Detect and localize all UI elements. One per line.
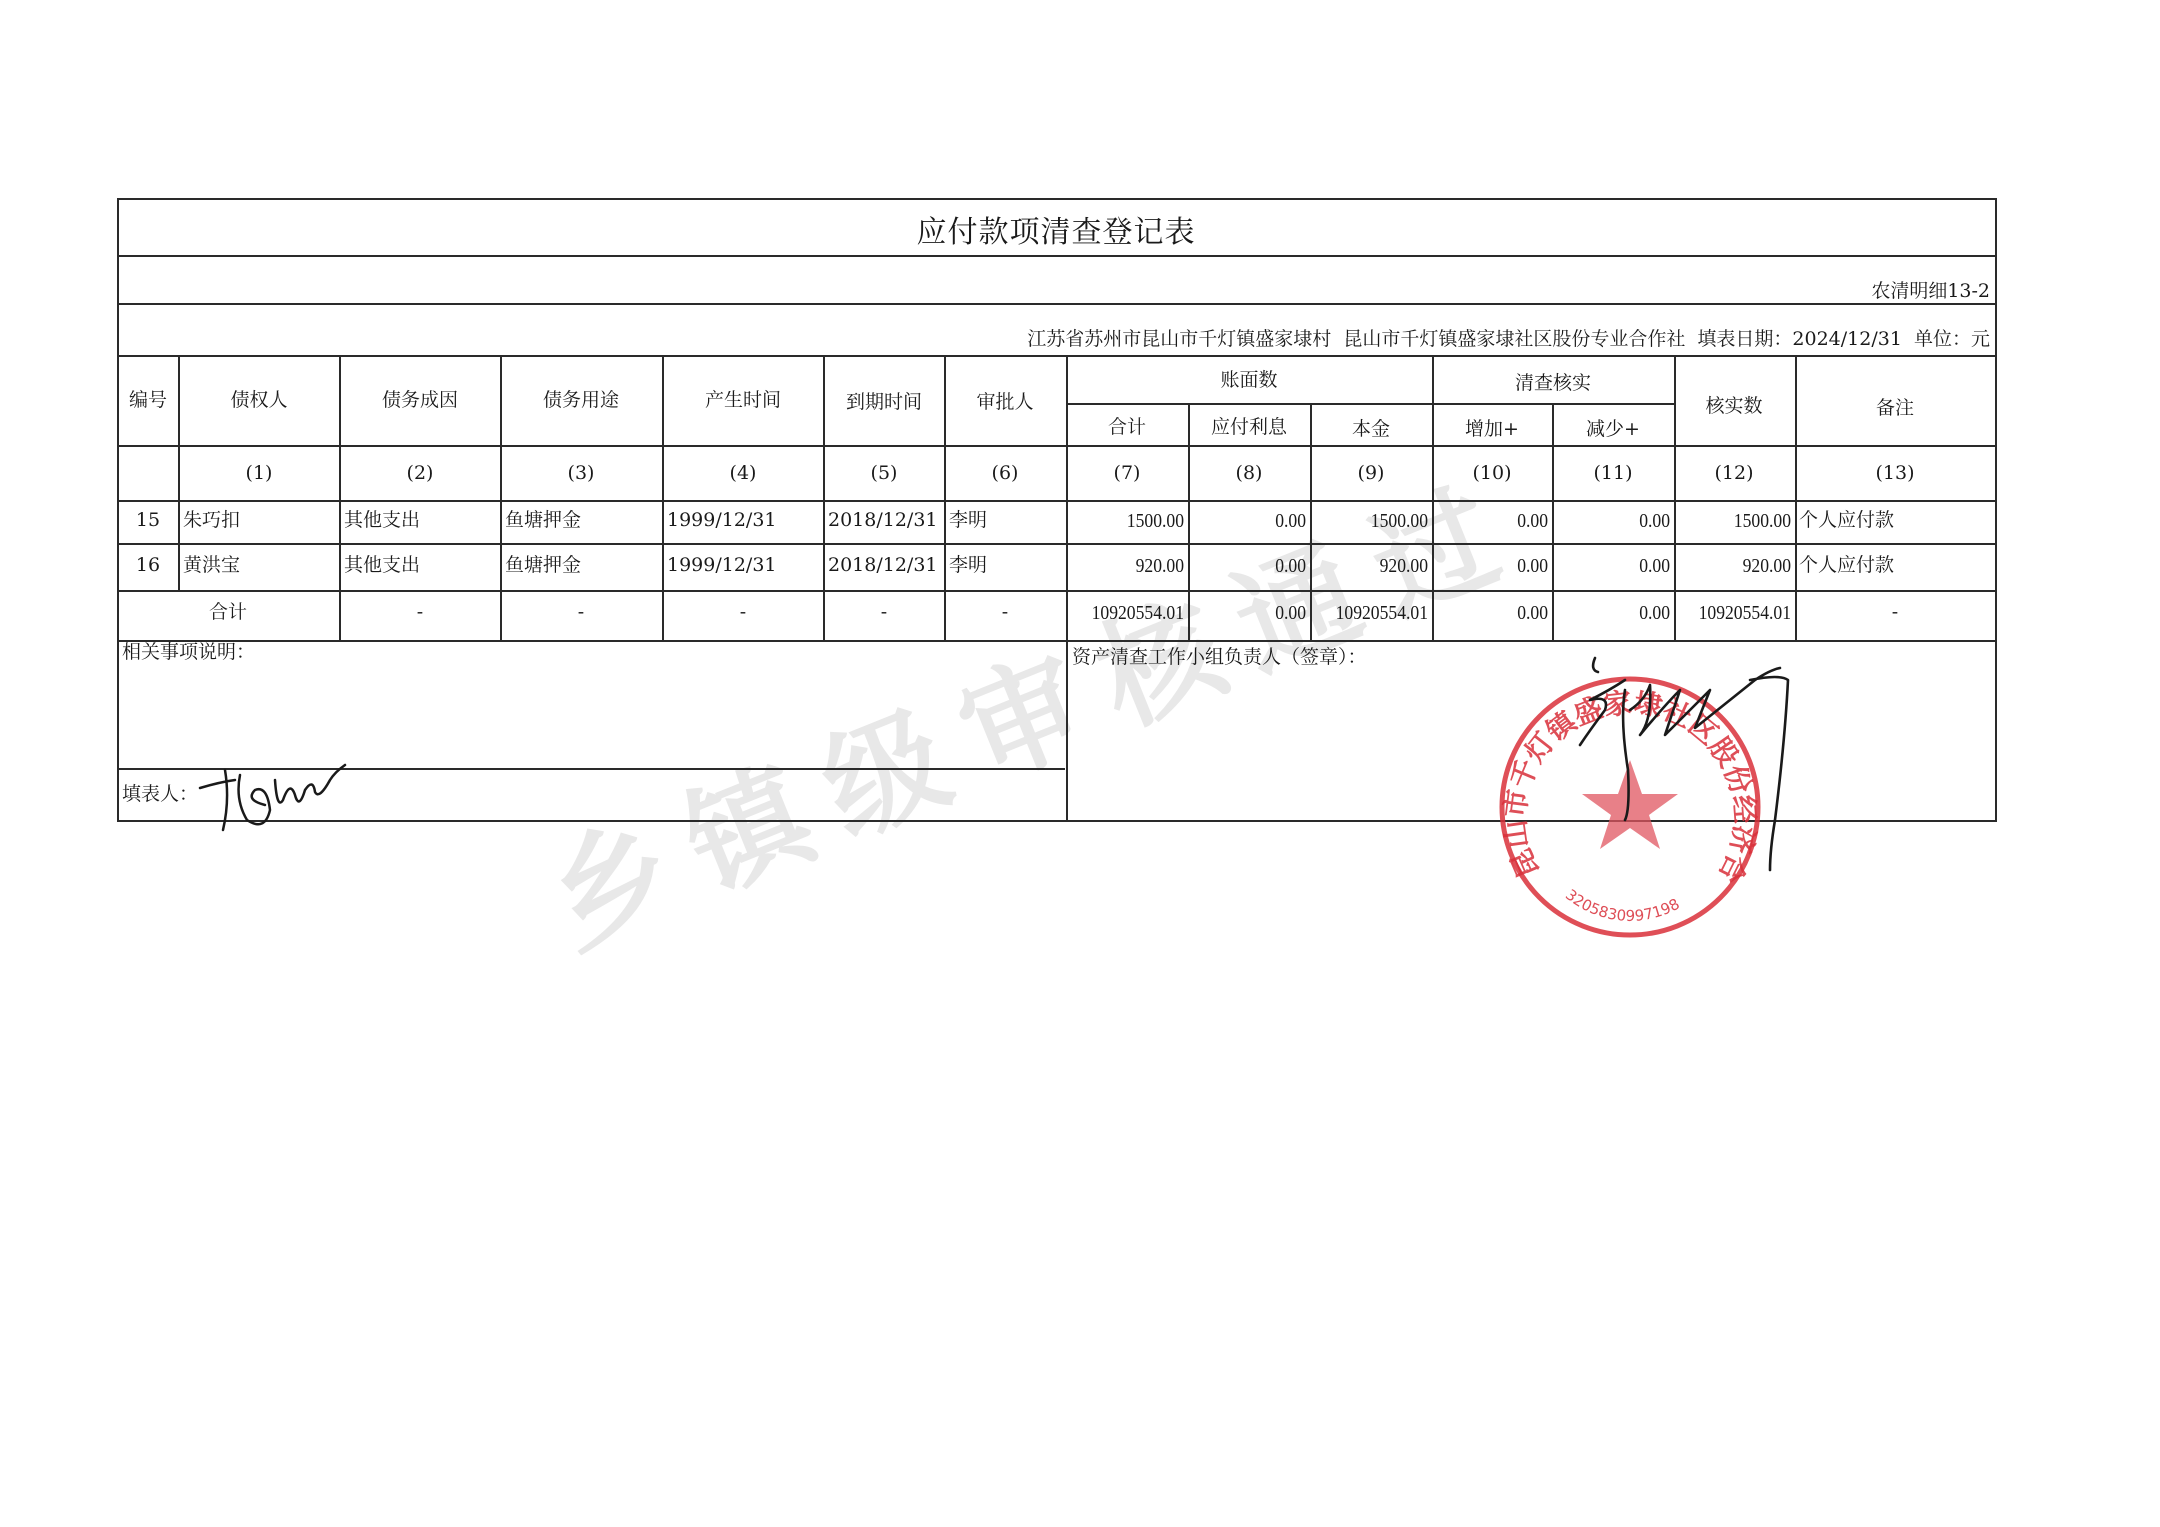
cell-created-date: 1999/12/31 xyxy=(667,511,777,530)
col-divider xyxy=(1674,355,1676,640)
header-info: 江苏省苏州市昆山市千灯镇盛家埭村 昆山市千灯镇盛家埭社区股份专业合作社 填表日期… xyxy=(1027,330,1990,349)
preparer-signature xyxy=(195,760,365,840)
header-debt-cause: 债务成因 xyxy=(382,391,458,410)
cell-approver: 李明 xyxy=(949,556,987,575)
divider xyxy=(117,255,1997,257)
cell-approver: 李明 xyxy=(949,511,987,530)
total-book-interest: 0.00 xyxy=(1275,603,1306,623)
cell-book-principal: 920.00 xyxy=(1380,556,1428,576)
cell-creditor: 朱巧扣 xyxy=(183,511,240,530)
cell-decrease: 0.00 xyxy=(1639,511,1670,531)
header-approver: 审批人 xyxy=(976,393,1033,412)
notes-label: 相关事项说明： xyxy=(122,643,255,662)
column-number: (6) xyxy=(992,464,1019,483)
col-divider xyxy=(662,355,664,640)
col-divider xyxy=(339,355,341,640)
cell-increase: 0.00 xyxy=(1517,511,1548,531)
cell-increase: 0.00 xyxy=(1517,556,1548,576)
cell-remark: 个人应付款 xyxy=(1799,511,1894,530)
cell-due-date: 2018/12/31 xyxy=(828,556,938,575)
cell-debt-cause: 其他支出 xyxy=(344,511,420,530)
header-debt-use: 债务用途 xyxy=(543,391,619,410)
cell-due-date: 2018/12/31 xyxy=(828,511,938,530)
col-divider xyxy=(944,355,946,640)
total-debt-cause: - xyxy=(417,603,423,622)
total-decrease: 0.00 xyxy=(1639,603,1670,623)
total-approver: - xyxy=(1002,603,1008,622)
col-divider xyxy=(823,355,825,640)
header-book-total: 合计 xyxy=(1108,418,1146,437)
total-debt-use: - xyxy=(578,603,584,622)
col-divider xyxy=(1310,403,1312,640)
header-increase: 增加+ xyxy=(1465,420,1519,439)
leader-label: 资产清查工作小组负责人（签章）： xyxy=(1072,648,1367,667)
cell-no: 16 xyxy=(136,556,160,575)
cell-debt-cause: 其他支出 xyxy=(344,556,420,575)
header-verified: 核实数 xyxy=(1705,397,1762,416)
divider xyxy=(117,500,1997,502)
cell-verified: 1500.00 xyxy=(1734,511,1791,531)
col-divider xyxy=(1795,355,1797,640)
table-border-left xyxy=(117,198,119,820)
divider xyxy=(117,355,1997,357)
cell-debt-use: 鱼塘押金 xyxy=(505,511,581,530)
total-book-principal: 10920554.01 xyxy=(1336,603,1428,623)
total-created-date: - xyxy=(740,603,746,622)
header-decrease: 减少+ xyxy=(1586,420,1640,439)
col-divider xyxy=(1188,403,1190,640)
column-number: (3) xyxy=(568,464,595,483)
header-book-principal: 本金 xyxy=(1352,420,1390,439)
official-seal-stamp: 昆山市千灯镇盛家埭社区股份经济合作社 3205830997198 xyxy=(1495,672,1765,942)
document-title: 应付款项清查登记表 xyxy=(917,218,1196,248)
divider xyxy=(117,543,1997,545)
column-number: (7) xyxy=(1114,464,1141,483)
total-verified: 10920554.01 xyxy=(1699,603,1791,623)
total-remark: - xyxy=(1892,603,1898,622)
total-label: 合计 xyxy=(209,603,247,622)
cell-remark: 个人应付款 xyxy=(1799,556,1894,575)
column-number: (8) xyxy=(1236,464,1263,483)
cell-decrease: 0.00 xyxy=(1639,556,1670,576)
col-divider xyxy=(500,355,502,640)
header-book-interest: 应付利息 xyxy=(1211,418,1287,437)
total-due-date: - xyxy=(881,603,887,622)
cell-book-interest: 0.00 xyxy=(1275,511,1306,531)
cell-no: 15 xyxy=(136,511,160,530)
divider xyxy=(117,590,1997,592)
form-code: 农清明细13-2 xyxy=(1871,282,1990,301)
document-sheet: 乡镇级审核通过 应付款项清查登记表 农清明细13-2 江苏省苏州市昆山市千灯镇盛… xyxy=(0,0,2160,1527)
divider xyxy=(117,768,1065,770)
cell-book-interest: 0.00 xyxy=(1275,556,1306,576)
divider xyxy=(1066,403,1675,405)
svg-text:3205830997198: 3205830997198 xyxy=(1562,886,1682,925)
column-number: (4) xyxy=(730,464,757,483)
divider xyxy=(117,640,1997,642)
col-divider xyxy=(1432,355,1434,640)
col-divider xyxy=(1552,403,1554,640)
cell-book-total: 1500.00 xyxy=(1127,511,1184,531)
column-number: (10) xyxy=(1472,464,1511,483)
column-number: (2) xyxy=(407,464,434,483)
col-divider xyxy=(1066,355,1068,820)
cell-debt-use: 鱼塘押金 xyxy=(505,556,581,575)
header-creditor: 债权人 xyxy=(230,391,287,410)
cell-verified: 920.00 xyxy=(1743,556,1791,576)
col-divider xyxy=(178,355,180,590)
header-check-group: 清查核实 xyxy=(1515,374,1591,393)
column-number: (13) xyxy=(1875,464,1914,483)
table-border-right xyxy=(1995,198,1997,820)
column-number: (9) xyxy=(1358,464,1385,483)
cell-creditor: 黄洪宝 xyxy=(183,556,240,575)
header-book-group: 账面数 xyxy=(1220,371,1277,390)
table-border-top xyxy=(117,198,1997,200)
preparer-label: 填表人： xyxy=(122,785,198,804)
divider xyxy=(117,445,1997,447)
column-number: (5) xyxy=(871,464,898,483)
column-number: (1) xyxy=(246,464,273,483)
cell-created-date: 1999/12/31 xyxy=(667,556,777,575)
seal-code: 3205830997198 xyxy=(1562,886,1682,925)
header-remark: 备注 xyxy=(1876,399,1914,418)
column-number: (12) xyxy=(1714,464,1753,483)
header-no: 编号 xyxy=(129,391,167,410)
cell-book-principal: 1500.00 xyxy=(1371,511,1428,531)
column-number: (11) xyxy=(1593,464,1632,483)
cell-book-total: 920.00 xyxy=(1136,556,1184,576)
header-due-date: 到期时间 xyxy=(846,393,922,412)
total-book-total: 10920554.01 xyxy=(1092,603,1184,623)
divider xyxy=(117,303,1997,305)
header-created-date: 产生时间 xyxy=(705,391,781,410)
total-increase: 0.00 xyxy=(1517,603,1548,623)
